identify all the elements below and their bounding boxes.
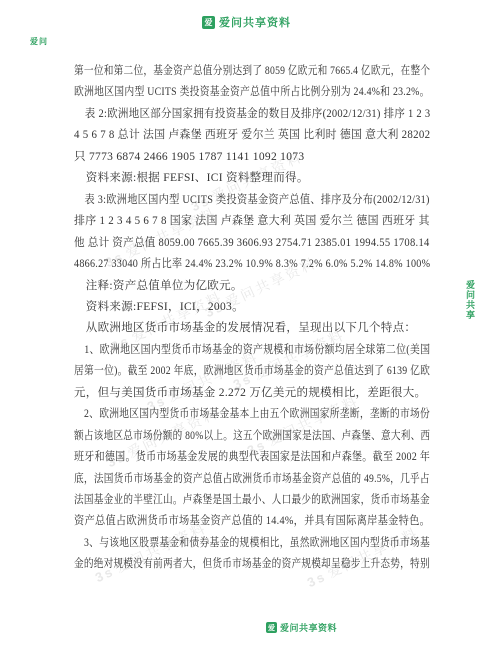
watermark-text: 爱问共享资料	[325, 524, 421, 580]
text-line: 4866.27 33040 所占比率 24.4% 23.2% 10.9% 8.3…	[74, 257, 430, 271]
brand-top-logo: 爱 爱问共享资料	[202, 14, 291, 30]
brand-corner-mark: 爱问	[30, 36, 48, 47]
text-line: 只 7773 6874 2466 1905 1787 1141 1092 107…	[74, 150, 304, 164]
text-line: 1、欧洲地区国内型货币市场基金的资产规模和市场份额均居全球第二位(美国	[74, 343, 430, 357]
brand-top-logo-label: 爱问共享资料	[219, 14, 291, 30]
brand-bottom-logo: 爱 爱问共享资料	[266, 621, 337, 634]
text-line: 资产总值占欧洲货币市场基金资产总值的 14.4%，并具有国际离岸基金特色。	[74, 514, 430, 528]
text-line: 表 2:欧洲地区部分国家拥有投资基金的数目及排序(2002/12/31) 排序 …	[74, 107, 430, 121]
text-line: 他 总计 资产总值 8059.00 7665.39 3606.93 2754.7…	[74, 236, 430, 250]
iask-logo-icon: 爱	[202, 16, 215, 29]
text-line: 元，但与美国货币市场基金 2.272 万亿美元的规模相比，差距很大。	[74, 386, 426, 400]
text-line: 表 3:欧洲地区国内型 UCITS 类投资基金资产总值、排序及分布(2002/1…	[74, 193, 430, 207]
text-line: 底，法国货币市场基金的资产总值占欧洲货币市场基金资产总值的 49.5%，几乎占	[74, 472, 430, 486]
brand-bottom-logo-label: 爱问共享资料	[280, 621, 337, 634]
document-page: 3s爱问共享资料 3s爱问共享资料 3s爱问共享资料 3s爱问共享资料 3s爱问…	[0, 0, 500, 647]
text-line: 欧洲地区国内型 UCITS 类投资基金资产总值中所占比例分别为 24.4%和 2…	[74, 85, 430, 99]
text-line: 3、与该地区股票基金和债券基金的规模相比，虽然欧洲地区国内型货币市场基	[74, 536, 430, 550]
text-line: 资料来源:FEFSI，ICI，2003。	[74, 300, 244, 314]
text-line: 法国基金业的半壁江山。卢森堡是国土最小、人口最少的欧洲国家，货币市场基金	[74, 493, 430, 507]
text-line: 从欧洲地区货币市场基金的发展情况看，呈现出以下几个特点：	[74, 321, 416, 335]
watermark-logo-glyph: 3s	[305, 568, 329, 590]
text-line: 资料来源:根据 FEFSI、ICI 资料整理而得。	[74, 171, 309, 185]
brand-side-watermark: 爱问共享	[464, 280, 477, 320]
text-line: 注释:资产总值单位为亿欧元。	[74, 279, 243, 293]
text-line: 4 5 6 7 8 总计 法国 卢森堡 西班牙 爱尔兰 英国 比利时 德国 意大…	[74, 128, 430, 142]
iask-logo-icon: 爱	[266, 622, 277, 633]
text-line: 排序 1 2 3 4 5 6 7 8 国家 法国 卢森堡 意大利 英国 爱尔兰 …	[74, 214, 430, 228]
watermark-text: 爱问共享资料	[129, 288, 225, 344]
text-line: 第一位和第二位，基金资产总值分别达到了 8059 亿欧元和 7665.4 亿欧元…	[74, 64, 430, 78]
text-line: 班牙和德国。货币市场基金发展的典型代表国家是法国和卢森堡。截至 2002 年	[74, 450, 430, 464]
text-line: 额占该地区总市场份额的 80%以上。这五个欧洲国家是法国、卢森堡、意大利、西	[74, 429, 430, 443]
text-line: 2、欧洲地区国内型货币市场基金基本上由五个欧洲国家所垄断，垄断的市场份	[74, 407, 430, 421]
watermark-text: 爱问共享资料	[123, 204, 219, 260]
text-line: 居第一位)。截至 2002 年底，欧洲地区货币市场基金的资产总值达到了 6139…	[74, 364, 430, 378]
text-line: 金的绝对规模没有前两者大，但货币市场基金的资产规模却呈稳步上升态势，特别	[74, 557, 430, 571]
